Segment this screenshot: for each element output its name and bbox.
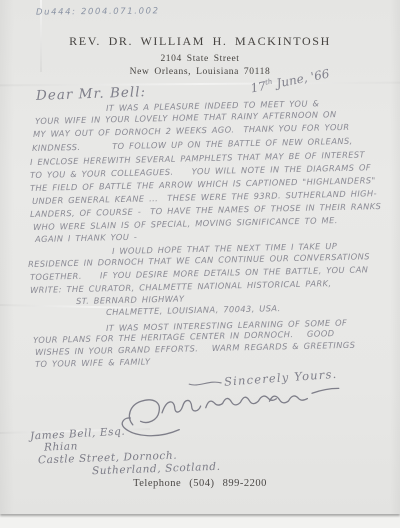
letter-line: TO YOUR WIFE & FAMILY (35, 357, 151, 368)
letter-line: WRITE: THE CURATOR, CHALMETTE NATIONAL H… (30, 279, 332, 294)
letterhead: REV. DR. WILLIAM H. MACKINTOSH 2104 Stat… (0, 34, 400, 77)
letter-paper: Du444: 2004.071.002 REV. DR. WILLIAM H. … (0, 0, 400, 514)
letterhead-street: 2104 State Street (0, 54, 400, 64)
paper-crease (0, 82, 400, 87)
letterhead-city: New Orleans, Louisiana 70118 (0, 67, 400, 77)
accession-number: Du444: 2004.071.002 (36, 6, 160, 17)
recipient-line: Rhian (44, 440, 78, 453)
letter-line: CHALMETTE, LOUISIANA, 70043, USA. (106, 304, 281, 316)
letterhead-name: REV. DR. WILLIAM H. MACKINTOSH (0, 34, 400, 49)
salutation: Dear Mr. Bell: (36, 84, 147, 104)
letter-line: ST. BERNARD HIGHWAY (76, 295, 185, 306)
telephone: Telephone (504) 899-2200 (0, 478, 400, 489)
letter-line: AGAIN I THANK YOU - (35, 233, 137, 244)
letter-line: WHO WERE SLAIN IS OF SPECIAL, MOVING SIG… (33, 216, 338, 231)
signature-scrawl (116, 376, 344, 444)
